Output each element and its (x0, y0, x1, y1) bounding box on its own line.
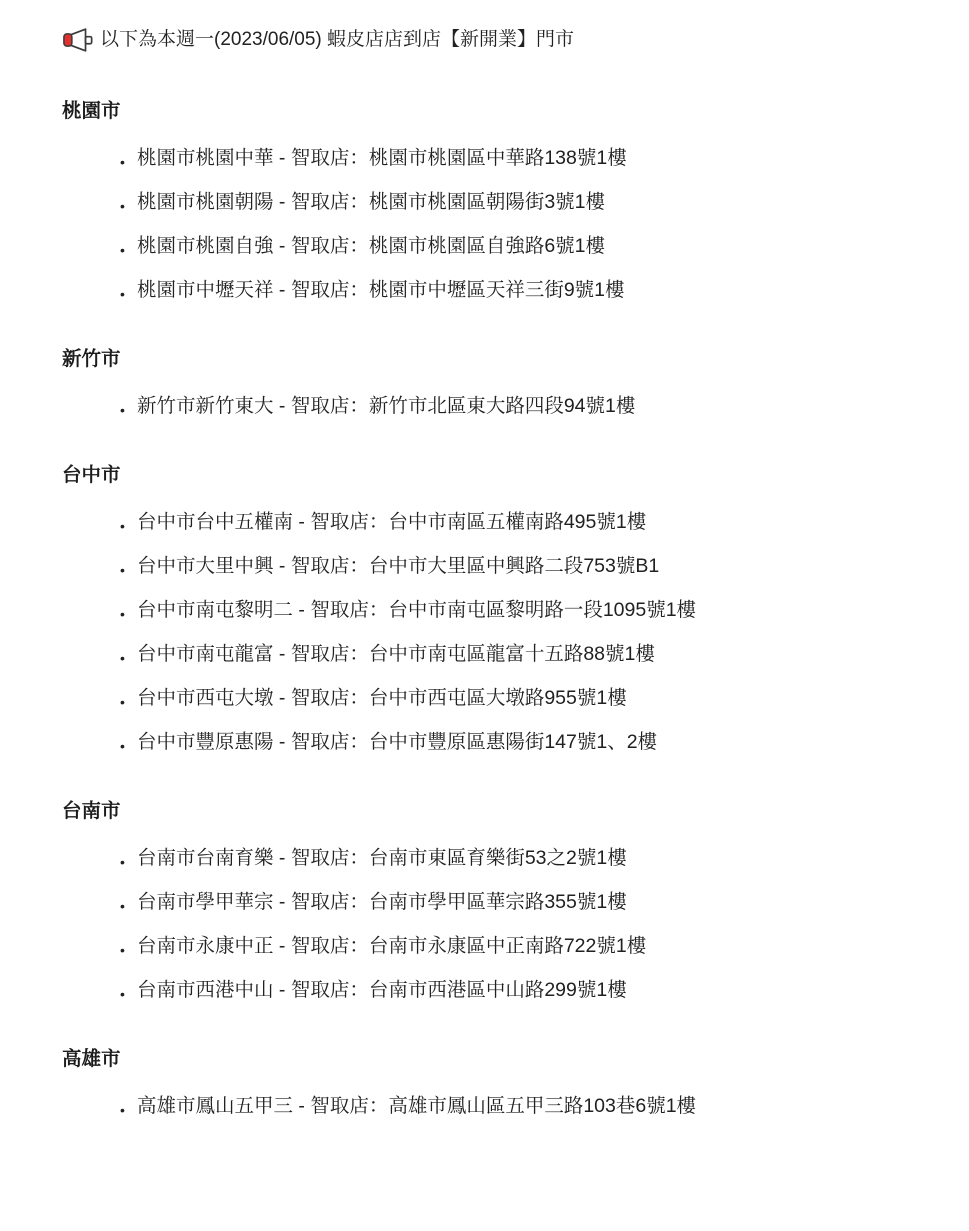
store-item: 台南市永康中正 - 智取店：台南市永康區中正南路722號1樓 (120, 934, 929, 958)
store-item: 新竹市新竹東大 - 智取店：新竹市北區東大路四段94號1樓 (120, 394, 929, 418)
city-heading: 新竹市 (62, 346, 929, 372)
store-item: 台中市大里中興 - 智取店：台中市大里區中興路二段753號B1 (120, 554, 929, 578)
store-item: 台中市台中五權南 - 智取店：台中市南區五權南路495號1樓 (120, 510, 929, 534)
megaphone-icon (62, 27, 94, 53)
store-list: 高雄市鳳山五甲三 - 智取店：高雄市鳳山區五甲三路103巷6號1樓 (62, 1094, 929, 1118)
city-section: 桃園市 桃園市桃園中華 - 智取店：桃園市桃園區中華路138號1樓 桃園市桃園朝… (62, 98, 929, 302)
store-list: 台南市台南育樂 - 智取店：台南市東區育樂街53之2號1樓 台南市學甲華宗 - … (62, 846, 929, 1002)
store-list: 新竹市新竹東大 - 智取店：新竹市北區東大路四段94號1樓 (62, 394, 929, 418)
city-heading: 台中市 (62, 462, 929, 488)
city-heading: 高雄市 (62, 1046, 929, 1072)
store-item: 台中市南屯黎明二 - 智取店：台中市南屯區黎明路一段1095號1樓 (120, 598, 929, 622)
store-item: 台中市西屯大墩 - 智取店：台中市西屯區大墩路955號1樓 (120, 686, 929, 710)
store-item: 桃園市中壢天祥 - 智取店：桃園市中壢區天祥三街9號1樓 (120, 278, 929, 302)
store-item: 台南市台南育樂 - 智取店：台南市東區育樂街53之2號1樓 (120, 846, 929, 870)
store-list: 台中市台中五權南 - 智取店：台中市南區五權南路495號1樓 台中市大里中興 -… (62, 510, 929, 754)
announcement-text: 以下為本週一(2023/06/05) 蝦皮店店到店【新開業】門市 (100, 26, 574, 54)
store-item: 桃園市桃園中華 - 智取店：桃園市桃園區中華路138號1樓 (120, 146, 929, 170)
store-list: 桃園市桃園中華 - 智取店：桃園市桃園區中華路138號1樓 桃園市桃園朝陽 - … (62, 146, 929, 302)
announcement-header: 以下為本週一(2023/06/05) 蝦皮店店到店【新開業】門市 (62, 26, 929, 54)
city-section: 台中市 台中市台中五權南 - 智取店：台中市南區五權南路495號1樓 台中市大里… (62, 462, 929, 754)
city-section: 新竹市 新竹市新竹東大 - 智取店：新竹市北區東大路四段94號1樓 (62, 346, 929, 418)
store-item: 台南市西港中山 - 智取店：台南市西港區中山路299號1樓 (120, 978, 929, 1002)
store-openings-list: 桃園市 桃園市桃園中華 - 智取店：桃園市桃園區中華路138號1樓 桃園市桃園朝… (62, 98, 929, 1118)
store-item: 台南市學甲華宗 - 智取店：台南市學甲區華宗路355號1樓 (120, 890, 929, 914)
city-heading: 台南市 (62, 798, 929, 824)
city-section: 高雄市 高雄市鳳山五甲三 - 智取店：高雄市鳳山區五甲三路103巷6號1樓 (62, 1046, 929, 1118)
store-item: 台中市南屯龍富 - 智取店：台中市南屯區龍富十五路88號1樓 (120, 642, 929, 666)
city-heading: 桃園市 (62, 98, 929, 124)
store-item: 高雄市鳳山五甲三 - 智取店：高雄市鳳山區五甲三路103巷6號1樓 (120, 1094, 929, 1118)
store-item: 桃園市桃園自強 - 智取店：桃園市桃園區自強路6號1樓 (120, 234, 929, 258)
store-item: 台中市豐原惠陽 - 智取店：台中市豐原區惠陽街147號1、2樓 (120, 730, 929, 754)
store-item: 桃園市桃園朝陽 - 智取店：桃園市桃園區朝陽街3號1樓 (120, 190, 929, 214)
city-section: 台南市 台南市台南育樂 - 智取店：台南市東區育樂街53之2號1樓 台南市學甲華… (62, 798, 929, 1002)
